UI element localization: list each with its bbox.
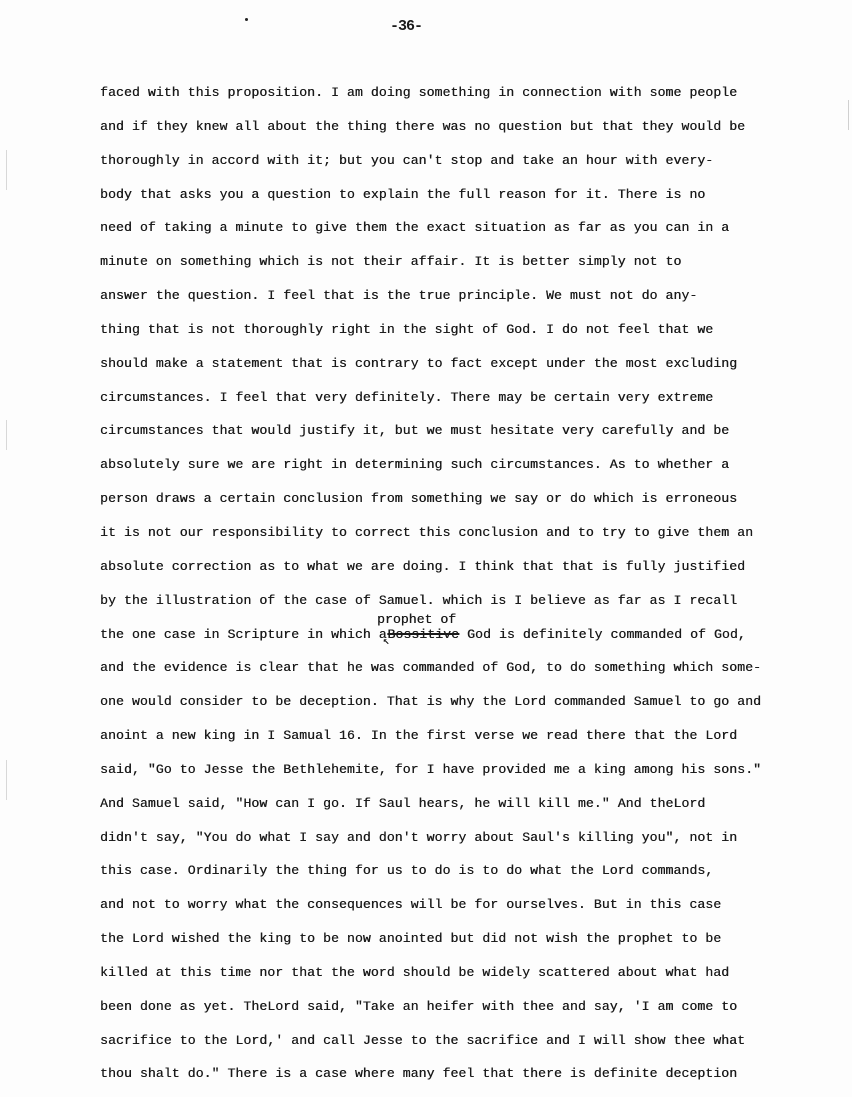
margin-mark xyxy=(6,760,7,800)
text-line: person draws a certain conclusion from s… xyxy=(100,488,835,522)
text-line: answer the question. I feel that is the … xyxy=(100,285,835,319)
text-line-with-correction: the one case in Scripture in which a↖Bos… xyxy=(100,624,835,658)
text-line: should make a statement that is contrary… xyxy=(100,353,835,387)
page-number: -36- xyxy=(0,18,832,35)
margin-mark xyxy=(6,150,7,190)
text-line: anoint a new king in I Samual 16. In the… xyxy=(100,725,835,759)
text-line: this case. Ordinarily the thing for us t… xyxy=(100,860,835,894)
line-head: the one case in Scripture in which a xyxy=(100,627,387,642)
text-line: sacrifice to the Lord,' and call Jesse t… xyxy=(100,1030,835,1064)
document-page: -36- faced with this proposition. I am d… xyxy=(0,0,852,1097)
text-line: thou shalt do." There is a case where ma… xyxy=(100,1063,835,1097)
text-line: body that asks you a question to explain… xyxy=(100,184,835,218)
text-line: absolutely sure we are right in determin… xyxy=(100,454,835,488)
text-line: didn't say, "You do what I say and don't… xyxy=(100,827,835,861)
text-line: And Samuel said, "How can I go. If Saul … xyxy=(100,793,835,827)
struck-word: Bossitive xyxy=(387,627,459,642)
text-line: the Lord wished the king to be now anoin… xyxy=(100,928,835,962)
text-line: circumstances. I feel that very definite… xyxy=(100,387,835,421)
insertion-caret-icon: ↖ xyxy=(383,636,390,648)
text-line: killed at this time nor that the word sh… xyxy=(100,962,835,996)
text-line: faced with this proposition. I am doing … xyxy=(100,82,835,116)
text-line: and not to worry what the consequences w… xyxy=(100,894,835,928)
text-line: thoroughly in accord with it; but you ca… xyxy=(100,150,835,184)
text-line: it is not our responsibility to correct … xyxy=(100,522,835,556)
margin-mark xyxy=(848,100,849,130)
text-line: been done as yet. TheLord said, "Take an… xyxy=(100,996,835,1030)
text-line: and the evidence is clear that he was co… xyxy=(100,657,835,691)
text-line: by the illustration of the case of Samue… xyxy=(100,590,835,624)
text-line: and if they knew all about the thing the… xyxy=(100,116,835,150)
interlinear-insertion: prophet of xyxy=(377,612,456,627)
text-line: thing that is not thoroughly right in th… xyxy=(100,319,835,353)
text-line: said, "Go to Jesse the Bethlehemite, for… xyxy=(100,759,835,793)
text-line: absolute correction as to what we are do… xyxy=(100,556,835,590)
margin-mark xyxy=(6,420,7,450)
text-line: one would consider to be deception. That… xyxy=(100,691,835,725)
text-line: minute on something which is not their a… xyxy=(100,251,835,285)
line-tail: God is definitely commanded of God, xyxy=(459,627,746,642)
typewritten-body: faced with this proposition. I am doing … xyxy=(100,82,835,1097)
text-line: circumstances that would justify it, but… xyxy=(100,420,835,454)
text-line: need of taking a minute to give them the… xyxy=(100,217,835,251)
